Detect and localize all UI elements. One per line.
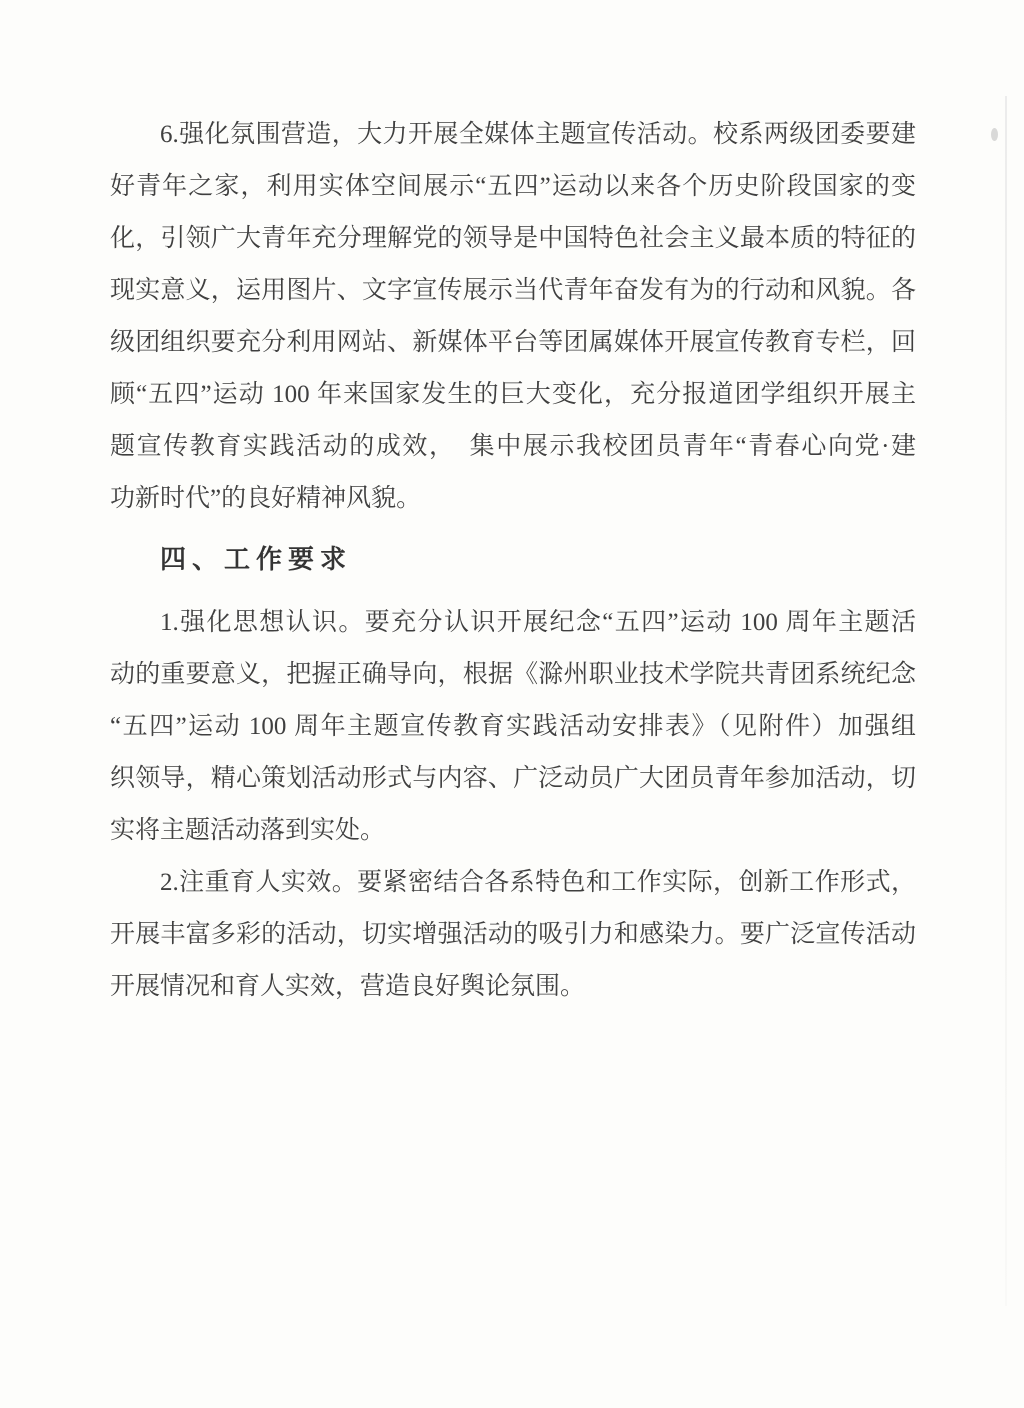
paragraph-item-1: 1.强化思想认识。要充分认识开展纪念“五四”运动 100 周年主题活动的重要意义… [110,597,916,857]
text-line: 1.强化思想认识。要充分认识开展纪念“五四”运动 100 周年主题活 [110,597,916,649]
text-line: 现实意义，运用图片、文字宣传展示当代青年奋发有为的行动和风貌。各 [110,265,916,317]
text-line: 开展丰富多彩的活动，切实增强活动的吸引力和感染力。要广泛宣传活动 [110,909,916,961]
text-line: 顾“五四”运动 100 年来国家发生的巨大变化，充分报道团学组织开展主 [110,369,916,421]
text-line: 开展情况和育人实效，营造良好舆论氛围。 [110,961,916,1013]
paragraph-item-6: 6.强化氛围营造，大力开展全媒体主题宣传活动。校系两级团委要建好青年之家，利用实… [110,109,916,525]
text-line: 好青年之家，利用实体空间展示“五四”运动以来各个历史阶段国家的变 [110,161,916,213]
text-line: 6.强化氛围营造，大力开展全媒体主题宣传活动。校系两级团委要建 [110,109,916,161]
text-line: 织领导，精心策划活动形式与内容、广泛动员广大团员青年参加活动，切 [110,753,916,805]
text-line: 题宣传教育实践活动的成效， 集中展示我校团员青年“青春心向党·建 [110,421,916,473]
heading-line: 四、工作要求 [110,533,916,585]
paragraph-item-2: 2.注重育人实效。要紧密结合各系特色和工作实际，创新工作形式，开展丰富多彩的活动… [110,857,916,1013]
text-line: 化，引领广大青年充分理解党的领导是中国特色社会主义最本质的特征的 [110,213,916,265]
heading-section-4: 四、工作要求 [110,533,916,585]
document-content: 6.强化氛围营造，大力开展全媒体主题宣传活动。校系两级团委要建好青年之家，利用实… [110,109,916,1013]
text-line: 实将主题活动落到实处。 [110,805,916,857]
text-line: 2.注重育人实效。要紧密结合各系特色和工作实际，创新工作形式， [110,857,916,909]
text-line: 级团组织要充分利用网站、新媒体平台等团属媒体开展宣传教育专栏，回 [110,317,916,369]
scan-artifact-streak [1005,96,1007,1306]
scanned-document-page: 6.强化氛围营造，大力开展全媒体主题宣传活动。校系两级团委要建好青年之家，利用实… [0,0,1024,1408]
text-line: “五四”运动 100 周年主题宣传教育实践活动安排表》（见附件）加强组 [110,701,916,753]
text-line: 动的重要意义，把握正确导向，根据《滁州职业技术学院共青团系统纪念 [110,649,916,701]
text-line: 功新时代”的良好精神风貌。 [110,473,916,525]
scan-artifact-speck [991,128,998,141]
